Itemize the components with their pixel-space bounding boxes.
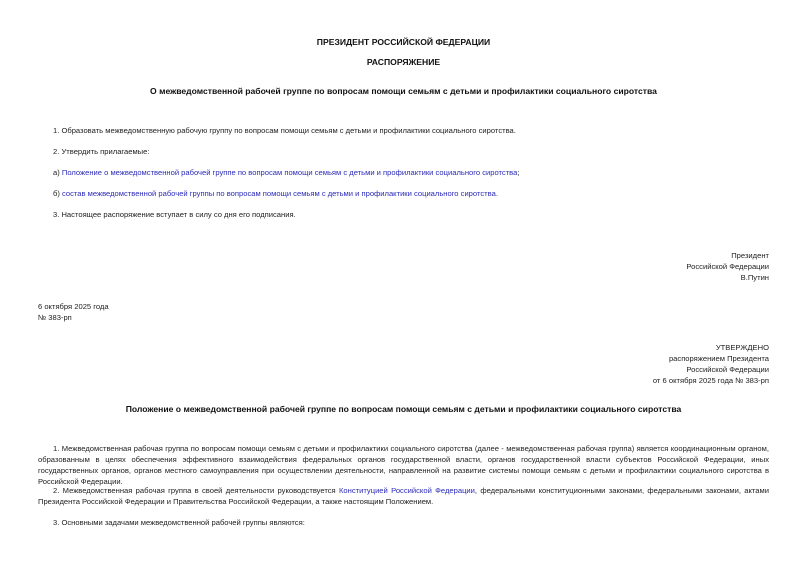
order-number: № 383-рп: [38, 312, 109, 323]
regulation-para-2: 2. Межведомственная рабочая группа в сво…: [38, 485, 769, 507]
signature-title: Президент: [686, 250, 769, 261]
signature-name: В.Путин: [686, 272, 769, 283]
approval-by: распоряжением Президента: [653, 353, 769, 364]
order-item-2: 2. Утвердить прилагаемые:: [53, 146, 149, 157]
signature-block: Президент Российской Федерации В.Путин: [686, 250, 769, 283]
item-2b-suffix: .: [496, 189, 498, 198]
signature-country: Российской Федерации: [686, 261, 769, 272]
regulation-title: Положение о межведомственной рабочей гру…: [38, 404, 769, 414]
constitution-link[interactable]: Конституцией Российской Федерации: [339, 486, 475, 495]
regulation-para-1: 1. Межведомственная рабочая группа по во…: [38, 443, 769, 487]
approval-stamp: УТВЕРЖДЕНО: [653, 342, 769, 353]
composition-link[interactable]: состав межведомственной рабочей группы п…: [62, 189, 496, 198]
item-2a-prefix: а): [53, 168, 62, 177]
approval-country: Российской Федерации: [653, 364, 769, 375]
order-title: О межведомственной рабочей группе по воп…: [38, 86, 769, 96]
item-2b-prefix: б): [53, 189, 62, 198]
order-item-2b: б) состав межведомственной рабочей групп…: [53, 188, 498, 199]
date-block: 6 октября 2025 года № 383-рп: [38, 301, 109, 323]
regulation-link[interactable]: Положение о межведомственной рабочей гру…: [62, 168, 517, 177]
approval-date: от 6 октября 2025 года № 383-рп: [653, 375, 769, 386]
order-date: 6 октября 2025 года: [38, 301, 109, 312]
doc-type-heading: РАСПОРЯЖЕНИЕ: [38, 57, 769, 67]
order-item-2a: а) Положение о межведомственной рабочей …: [53, 167, 519, 178]
authority-heading: ПРЕЗИДЕНТ РОССИЙСКОЙ ФЕДЕРАЦИИ: [38, 37, 769, 47]
para-2-prefix: 2. Межведомственная рабочая группа в сво…: [53, 486, 339, 495]
regulation-para-3: 3. Основными задачами межведомственной р…: [53, 517, 305, 528]
item-2a-suffix: ;: [517, 168, 519, 177]
order-item-1: 1. Образовать межведомственную рабочую г…: [53, 125, 516, 136]
order-item-3: 3. Настоящее распоряжение вступает в сил…: [53, 209, 296, 220]
approval-block: УТВЕРЖДЕНО распоряжением Президента Росс…: [653, 342, 769, 386]
